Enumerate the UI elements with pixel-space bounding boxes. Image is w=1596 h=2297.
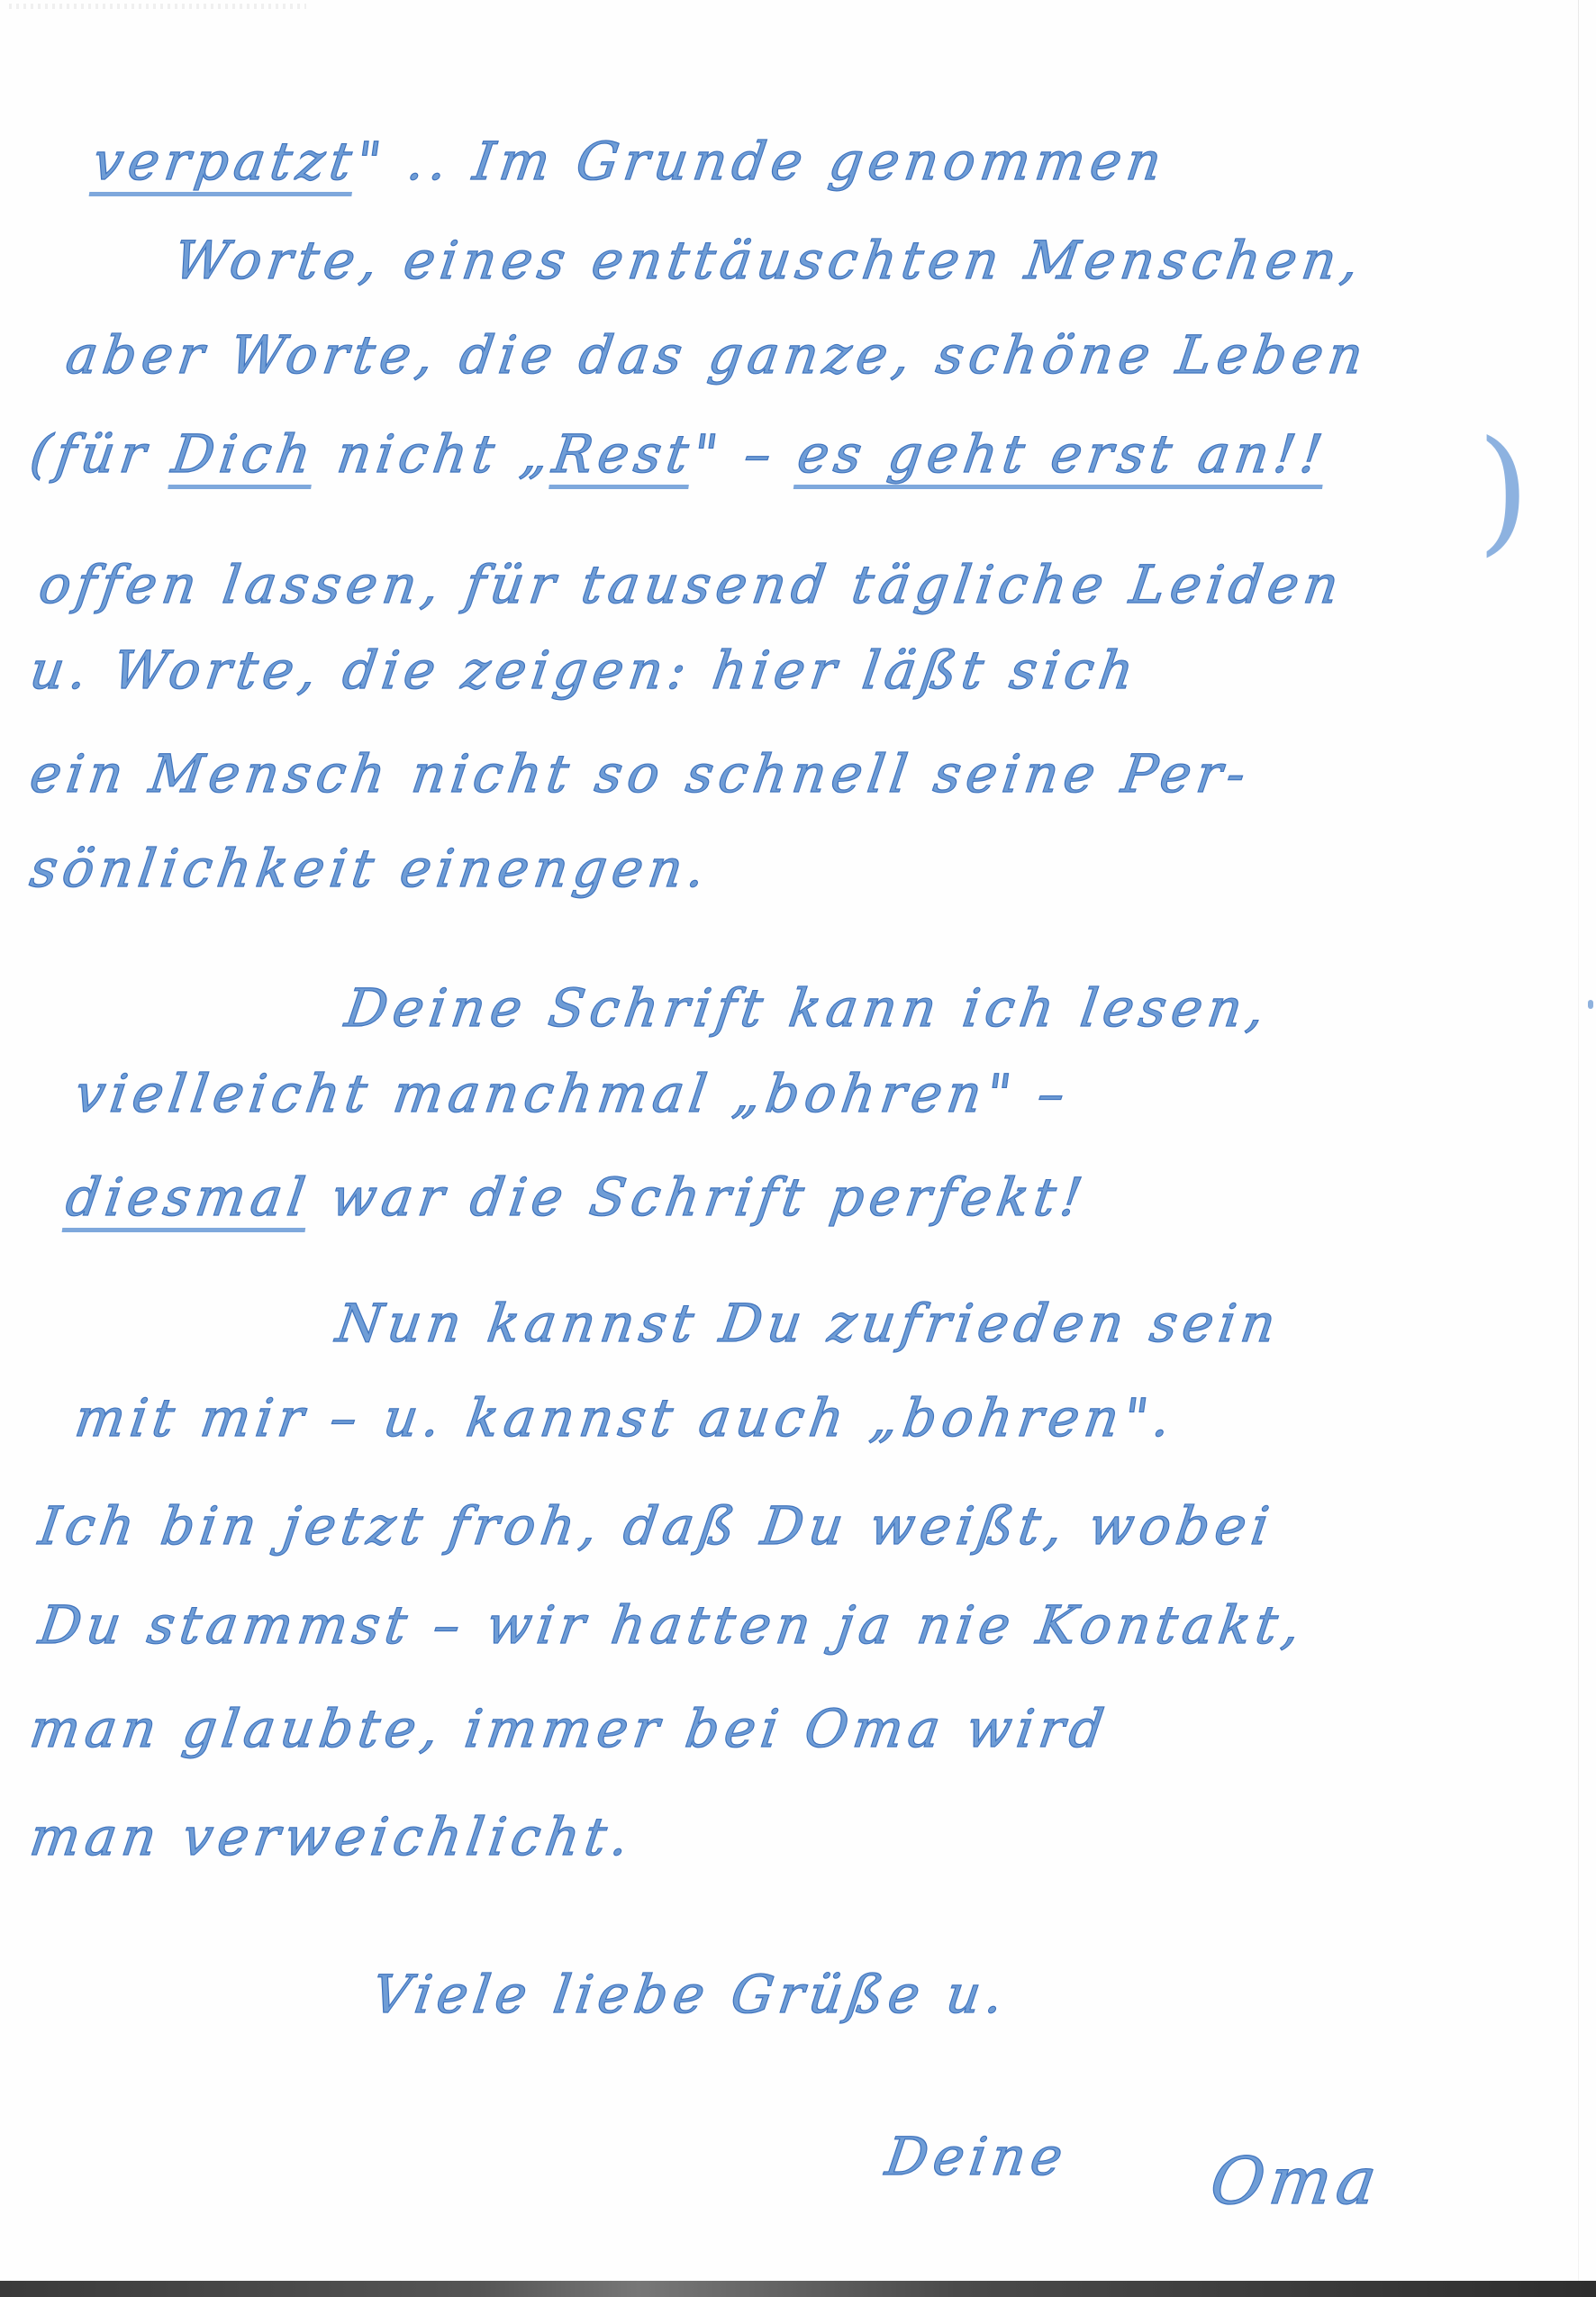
scan-noise [9, 4, 306, 9]
line-text: " .. Im Grunde genommen [352, 131, 1170, 192]
underlined-word: verpatzt [89, 131, 360, 192]
line-text: man verweichlicht. [26, 1806, 638, 1867]
letter-line-6: u. Worte, die zeigen: hier läßt sich [27, 644, 1142, 696]
signature: Oma [1207, 2148, 1385, 2213]
letter-line-9: Deine Schrift kann ich lesen, [342, 982, 1273, 1034]
closing-parenthesis: ) [1477, 423, 1530, 558]
letter-line-8: sönlichkeit einengen. [27, 842, 713, 894]
letter-line-11: diesmal war die Schrift perfekt! [63, 1171, 1091, 1223]
closing-greeting: Viele liebe Grüße u. [369, 1968, 1011, 2020]
underlined-word: Dich [168, 423, 320, 485]
scan-border [0, 2281, 1596, 2297]
letter-line-16: man glaubte, immer bei Oma wird [27, 1702, 1112, 1755]
letter-line-12: Nun kannst Du zufrieden sein [333, 1297, 1284, 1349]
line-text: sönlichkeit einengen. [26, 838, 713, 899]
underlined-phrase: es geht erst an!! [793, 423, 1331, 485]
line-text: u. Worte, die zeigen: hier läßt sich [26, 640, 1142, 701]
letter-line-5: offen lassen, für tausend tägliche Leide… [36, 558, 1347, 611]
line-text: mit mir – u. kannst auch „bohren". [71, 1387, 1179, 1448]
line-text: offen lassen, für tausend tägliche Leide… [35, 554, 1347, 615]
line-text: war die Schrift perfekt! [305, 1167, 1092, 1228]
line-text: vielleicht manchmal „bohren" – [71, 1063, 1074, 1124]
line-text: (für [26, 423, 177, 485]
line-text: Worte, eines enttäuschten Menschen, [170, 230, 1367, 291]
line-text: Nun kannst Du zufrieden sein [332, 1293, 1284, 1354]
letter-line-13: mit mir – u. kannst auch „bohren". [72, 1392, 1179, 1444]
letter-line-10: vielleicht manchmal „bohren" – [72, 1067, 1074, 1120]
line-text: man glaubte, immer bei Oma wird [26, 1698, 1112, 1759]
ink-speck [1588, 1000, 1593, 1009]
line-text: " – [689, 423, 803, 485]
line-text: Ich bin jetzt froh, daß Du weißt, wobei [35, 1495, 1278, 1557]
line-text: Du stammst – wir hatten ja nie Kontakt, [35, 1594, 1309, 1656]
letter-line-17: man verweichlicht. [27, 1811, 637, 1863]
line-text: aber Worte, die das ganze, schöne Leben [62, 324, 1372, 386]
paper-edge [1578, 0, 1579, 2281]
line-text: nicht „ [312, 423, 558, 485]
letter-page: verpatzt" .. Im Grunde genommen Worte, e… [0, 0, 1596, 2281]
line-text: Deine Schrift kann ich lesen, [341, 977, 1274, 1039]
underlined-word: diesmal [62, 1167, 313, 1228]
line-text: ein Mensch nicht so schnell seine Per- [26, 743, 1255, 804]
closing-valediction: Deine [883, 2130, 1071, 2183]
letter-line-3: aber Worte, die das ganze, schöne Leben [63, 329, 1372, 381]
letter-line-4: (für Dich nicht „Rest" – es geht erst an… [27, 428, 1330, 480]
underlined-word: Rest [549, 423, 698, 485]
letter-line-1: verpatzt" .. Im Grunde genommen [90, 135, 1170, 187]
letter-line-2: Worte, eines enttäuschten Menschen, [171, 234, 1367, 286]
letter-line-14: Ich bin jetzt froh, daß Du weißt, wobei [36, 1500, 1277, 1552]
letter-line-15: Du stammst – wir hatten ja nie Kontakt, [36, 1599, 1309, 1651]
letter-line-7: ein Mensch nicht so schnell seine Per- [27, 748, 1254, 800]
